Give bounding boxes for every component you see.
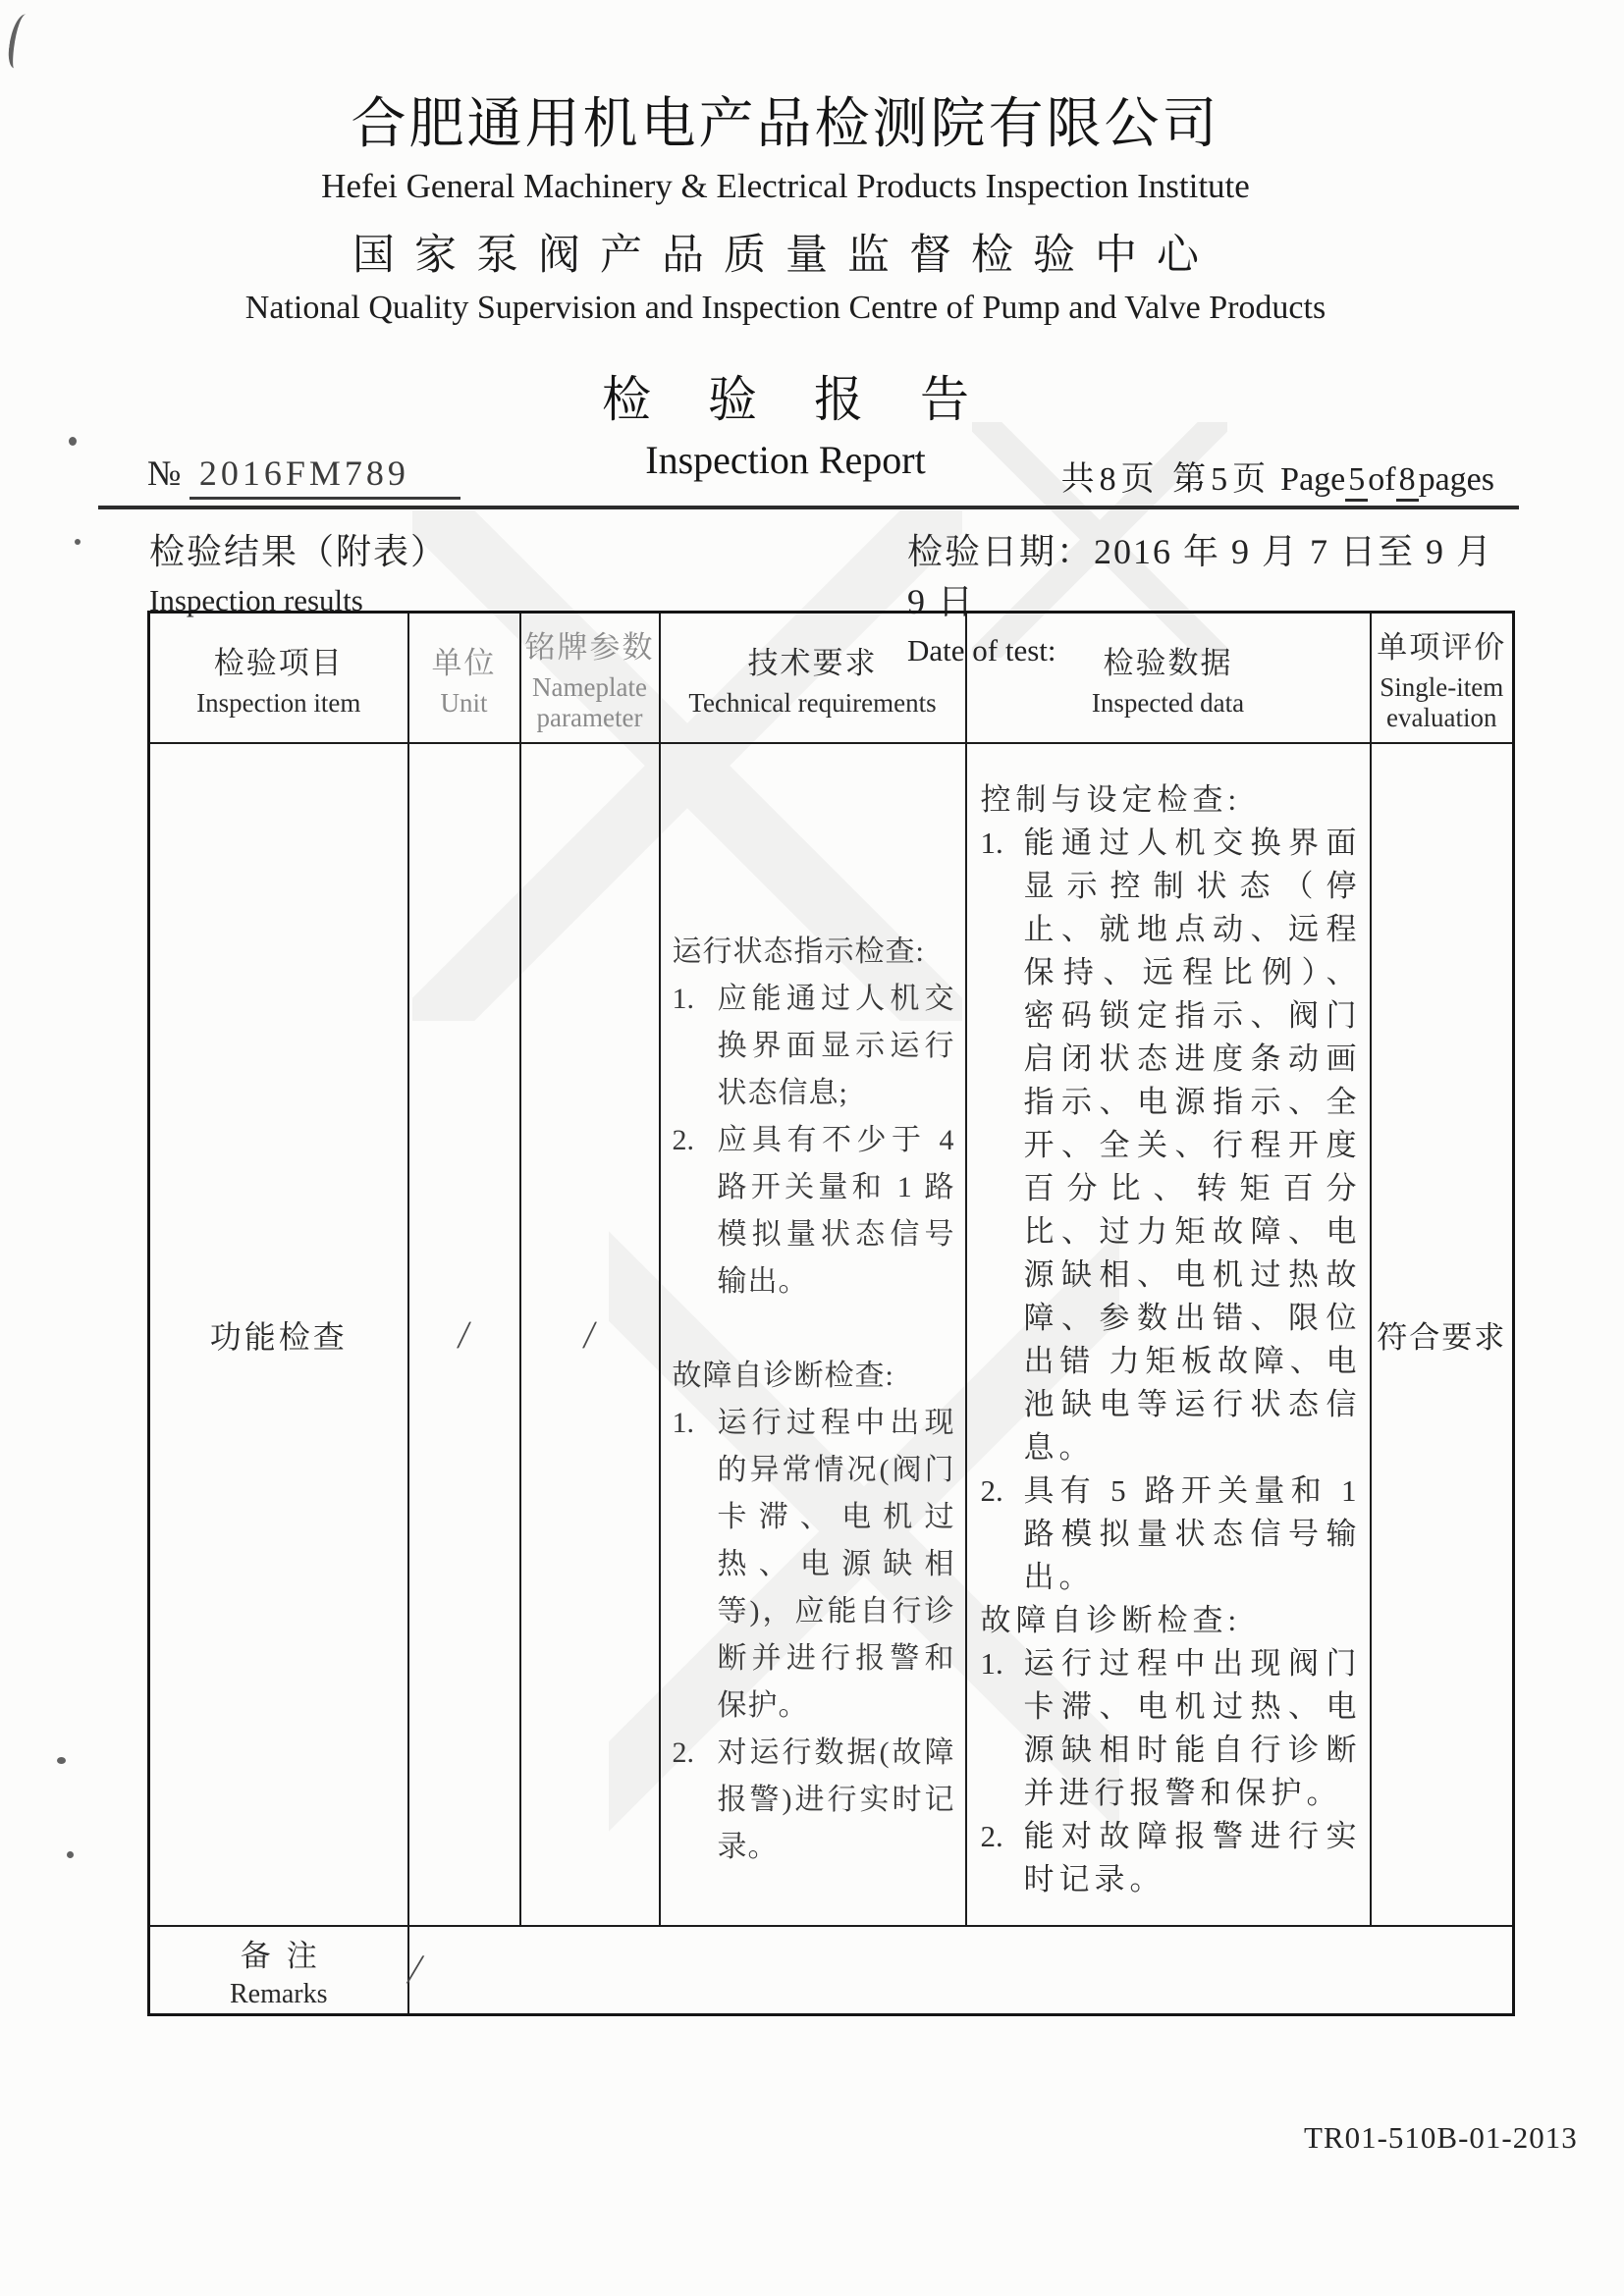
requirement-block: 控制与设定检查:1.能通过人机交换界面显示控制状态（停止、就地点动、远程保持、远…	[981, 778, 1362, 1599]
item-number: 2.	[673, 1117, 718, 1306]
block-heading: 运行状态指示检查:	[673, 929, 955, 976]
column-header-technical-requirements: 技术要求 Technical requirements	[660, 613, 966, 744]
report-number-value: 2016FM789	[189, 453, 460, 500]
cell-inspection-item: 功能检查	[149, 743, 408, 1926]
numbered-item: 1.运行过程中出现阀门卡滞、电机过热、电源缺相时能自行诊断并进行报警和保护。	[981, 1642, 1362, 1815]
item-text: 运行过程中出现阀门卡滞、电机过热、电源缺相时能自行诊断并进行报警和保护。	[1024, 1642, 1362, 1815]
column-header-unit: 单位 Unit	[408, 613, 520, 744]
item-number: 1.	[981, 822, 1024, 1469]
cell-single-item-evaluation: 符合要求	[1371, 743, 1514, 1926]
numbered-item: 2.应具有不少于 4 路开关量和 1 路模拟量状态信号输出。	[673, 1117, 955, 1306]
header-en: Inspection item	[150, 688, 407, 719]
scan-artifact-dot	[57, 1757, 66, 1764]
numbered-item: 1.能通过人机交换界面显示控制状态（停止、就地点动、远程保持、远程比例）、密码锁…	[981, 822, 1362, 1469]
center-name-cn: 国家泵阀产品质量监督检验中心	[0, 222, 1571, 282]
item-text: 能对故障报警进行实时记录。	[1024, 1815, 1362, 1901]
table-row-function-check: 功能检查 / / 运行状态指示检查:1.应能通过人机交换界面显示运行状态信息;2…	[149, 743, 1514, 1926]
numbered-item: 2.对运行数据(故障报警)进行实时记录。	[673, 1730, 955, 1871]
item-text: 应具有不少于 4 路开关量和 1 路模拟量状态信号输出。	[718, 1117, 955, 1306]
item-number: 2.	[981, 1815, 1024, 1901]
item-text: 对运行数据(故障报警)进行实时记录。	[718, 1730, 955, 1871]
cell-remarks-value: /	[408, 1926, 1514, 2015]
cell-technical-requirements: 运行状态指示检查:1.应能通过人机交换界面显示运行状态信息;2.应具有不少于 4…	[660, 743, 966, 1926]
item-number: 1.	[673, 1400, 718, 1730]
item-text: 具有 5 路开关量和 1 路模拟量状态信号输出。	[1024, 1469, 1362, 1599]
company-name-en: Hefei General Machinery & Electrical Pro…	[0, 167, 1571, 206]
requirement-block: 故障自诊断检查:1.运行过程中出现阀门卡滞、电机过热、电源缺相时能自行诊断并进行…	[981, 1599, 1362, 1901]
column-header-nameplate-parameter: 铭牌参数 Nameplate parameter	[520, 613, 660, 744]
horizontal-divider	[98, 506, 1519, 509]
inspection-results-table: 检验项目 Inspection item 单位 Unit 铭牌参数 Namepl…	[147, 611, 1515, 2016]
header-en: Technical requirements	[661, 688, 965, 719]
company-name-cn: 合肥通用机电产品检测院有限公司	[0, 80, 1571, 159]
inspection-report-page: 合肥通用机电产品检测院有限公司 Hefei General Machinery …	[0, 0, 1624, 2296]
header-cn: 技术要求	[661, 638, 965, 682]
item-number: 1.	[673, 976, 718, 1117]
header-en: Single-item evaluation	[1372, 672, 1513, 733]
numbered-item: 2.能对故障报警进行实时记录。	[981, 1815, 1362, 1901]
document-code: TR01-510B-01-2013	[1304, 2120, 1578, 2156]
item-text: 应能通过人机交换界面显示运行状态信息;	[718, 976, 955, 1117]
pagination-pages-word: pages	[1419, 461, 1494, 498]
column-header-single-item-evaluation: 单项评价 Single-item evaluation	[1371, 613, 1514, 744]
cell-nameplate-parameter: /	[520, 743, 660, 1926]
pagination-cn: 共8页 第5页	[1061, 461, 1272, 498]
item-number: 2.	[981, 1469, 1024, 1599]
column-header-inspected-data: 检验数据 Inspected data	[966, 613, 1371, 744]
item-text: 能通过人机交换界面显示控制状态（停止、就地点动、远程保持、远程比例）、密码锁定指…	[1024, 822, 1362, 1469]
test-date-label-cn: 检验日期：	[907, 532, 1094, 571]
numbered-item: 2.具有 5 路开关量和 1 路模拟量状态信号输出。	[981, 1469, 1362, 1599]
item-text: 运行过程中出现的异常情况(阀门卡滞、电机过热、电源缺相等)，应能自行诊断并进行报…	[718, 1400, 955, 1730]
slash-value: /	[456, 1311, 473, 1358]
block-heading: 控制与设定检查:	[981, 778, 1362, 822]
pagination-current-page: 5	[1345, 461, 1368, 502]
pagination-page-word: Page	[1280, 461, 1345, 498]
header-en: Unit	[409, 688, 519, 719]
scan-artifact-dot	[67, 1851, 74, 1858]
results-label-cn: 检验结果（附表）	[149, 524, 778, 574]
scan-artifact-dot	[75, 539, 81, 545]
scan-artifact-squiggle	[7, 13, 34, 70]
cell-inspected-data: 控制与设定检查:1.能通过人机交换界面显示控制状态（停止、就地点动、远程保持、远…	[966, 743, 1371, 1926]
table-header-row: 检验项目 Inspection item 单位 Unit 铭牌参数 Namepl…	[149, 613, 1514, 744]
slash-value: /	[581, 1311, 599, 1358]
cell-remarks-label: 备注 Remarks	[149, 1926, 408, 2015]
header-cn: 单位	[409, 638, 519, 682]
header-en: Nameplate parameter	[521, 672, 659, 733]
report-title-cn: 检验报告	[0, 360, 1571, 431]
pagination-of-word: of	[1368, 461, 1395, 498]
pagination-total-pages: 8	[1396, 461, 1419, 502]
header-cn: 检验数据	[967, 638, 1370, 682]
table-remarks-row: 备注 Remarks /	[149, 1926, 1514, 2015]
column-header-inspection-item: 检验项目 Inspection item	[149, 613, 408, 744]
numbered-item: 1.应能通过人机交换界面显示运行状态信息;	[673, 976, 955, 1117]
header-cn: 单项评价	[1372, 622, 1513, 667]
header-cn: 检验项目	[150, 638, 407, 682]
requirement-block: 运行状态指示检查:1.应能通过人机交换界面显示运行状态信息;2.应具有不少于 4…	[673, 929, 955, 1306]
cell-unit: /	[408, 743, 520, 1926]
remarks-label-cn: 备注	[150, 1931, 407, 1975]
test-date-cn: 检验日期：2016 年 9 月 7 日至 9 月 9 日	[907, 524, 1508, 624]
remarks-label-en: Remarks	[150, 1979, 407, 2010]
block-heading: 故障自诊断检查:	[981, 1599, 1362, 1642]
header-en: Inspected data	[967, 688, 1370, 719]
technical-requirements-content: 运行状态指示检查:1.应能通过人机交换界面显示运行状态信息;2.应具有不少于 4…	[661, 799, 965, 1871]
report-meta-row: № 2016FM789 共8页 第5页Page5of8pages	[147, 452, 1494, 500]
report-number-label: №	[147, 454, 181, 493]
report-header: 合肥通用机电产品检测院有限公司 Hefei General Machinery …	[0, 80, 1571, 483]
block-heading: 故障自诊断检查:	[673, 1353, 955, 1400]
item-number: 2.	[673, 1730, 718, 1871]
center-name-en: National Quality Supervision and Inspect…	[0, 290, 1571, 327]
inspected-data-content: 控制与设定检查:1.能通过人机交换界面显示控制状态（停止、就地点动、远程保持、远…	[967, 769, 1370, 1901]
pagination: 共8页 第5页Page5of8pages	[1061, 452, 1494, 500]
report-number: № 2016FM789	[147, 453, 460, 500]
numbered-item: 1.运行过程中出现的异常情况(阀门卡滞、电机过热、电源缺相等)，应能自行诊断并进…	[673, 1400, 955, 1730]
requirement-block: 故障自诊断检查:1.运行过程中出现的异常情况(阀门卡滞、电机过热、电源缺相等)，…	[673, 1353, 955, 1871]
item-number: 1.	[981, 1642, 1024, 1815]
header-cn: 铭牌参数	[521, 622, 659, 667]
